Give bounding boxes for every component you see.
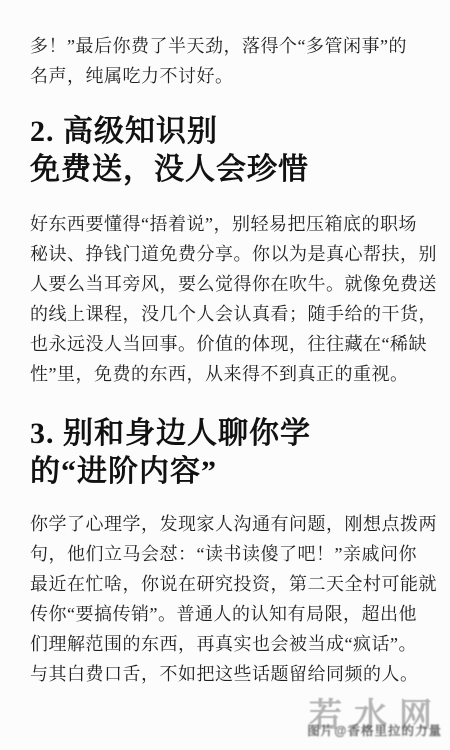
article-content: 多！”最后你费了半天劲，落得个“多管闲事”的 名声，纯属吃力不讨好。 2. 高级… <box>0 0 450 689</box>
text-line: 与其白费口舌，不如把这些话题留给同频的人。 <box>30 659 424 689</box>
article-page: 多！”最后你费了半天劲，落得个“多管闲事”的 名声，纯属吃力不讨好。 2. 高级… <box>0 0 450 750</box>
text-line: 好东西要懂得“捂着说”，别轻易把压箱底的职场 <box>30 209 424 239</box>
text-line: 句，他们立马会怼：“读书读傻了吧！”亲戚问你 <box>30 539 424 569</box>
section-2-heading: 2. 高级知识别 免费送，没人会珍惜 <box>30 113 424 189</box>
watermark-underline-marks <box>302 743 432 746</box>
text-line: 多！”最后你费了半天劲，落得个“多管闲事”的 <box>30 31 424 61</box>
text-line: 的线上课程，没几个人会认真看；随手给的干货， <box>30 299 424 329</box>
section-3-paragraph: 你学了心理学，发现家人沟通有问题，刚想点拨两 句，他们立马会怼：“读书读傻了吧！… <box>30 509 424 689</box>
text-line: 传你“要搞传销”。普通人的认知有局限，超出他 <box>30 599 424 629</box>
text-line: 也永远没人当回事。价值的体现，往往藏在“稀缺 <box>30 329 424 359</box>
text-line: 秘诀、挣钱门道免费分享。你以为是真心帮扶，别 <box>30 239 424 269</box>
text-line: 人要么当耳旁风，要么觉得你在吹牛。就像免费送 <box>30 269 424 299</box>
text-line: 名声，纯属吃力不讨好。 <box>30 61 424 91</box>
heading-line: 免费送，没人会珍惜 <box>30 151 424 189</box>
section-3-heading: 3. 别和身边人聊你学 的“进阶内容” <box>30 415 424 491</box>
intro-paragraph: 多！”最后你费了半天劲，落得个“多管闲事”的 名声，纯属吃力不讨好。 <box>30 31 424 91</box>
heading-line: 的“进阶内容” <box>30 453 424 491</box>
text-line: 你学了心理学，发现家人沟通有问题，刚想点拨两 <box>30 509 424 539</box>
heading-line: 2. 高级知识别 <box>30 113 424 151</box>
watermark: 若水网 图片@香格里拉的力量 <box>286 694 446 746</box>
text-line: 性”里，免费的东西，从来得不到真正的重视。 <box>30 359 424 389</box>
heading-line: 3. 别和身边人聊你学 <box>30 415 424 453</box>
text-line: 最近在忙啥，你说在研究投资，第二天全村可能就 <box>30 569 424 599</box>
watermark-credit: 图片@香格里拉的力量 <box>307 721 442 739</box>
section-2-paragraph: 好东西要懂得“捂着说”，别轻易把压箱底的职场 秘诀、挣钱门道免费分享。你以为是真… <box>30 209 424 389</box>
text-line: 们理解范围的东西，再真实也会被当成“疯话”。 <box>30 629 424 659</box>
